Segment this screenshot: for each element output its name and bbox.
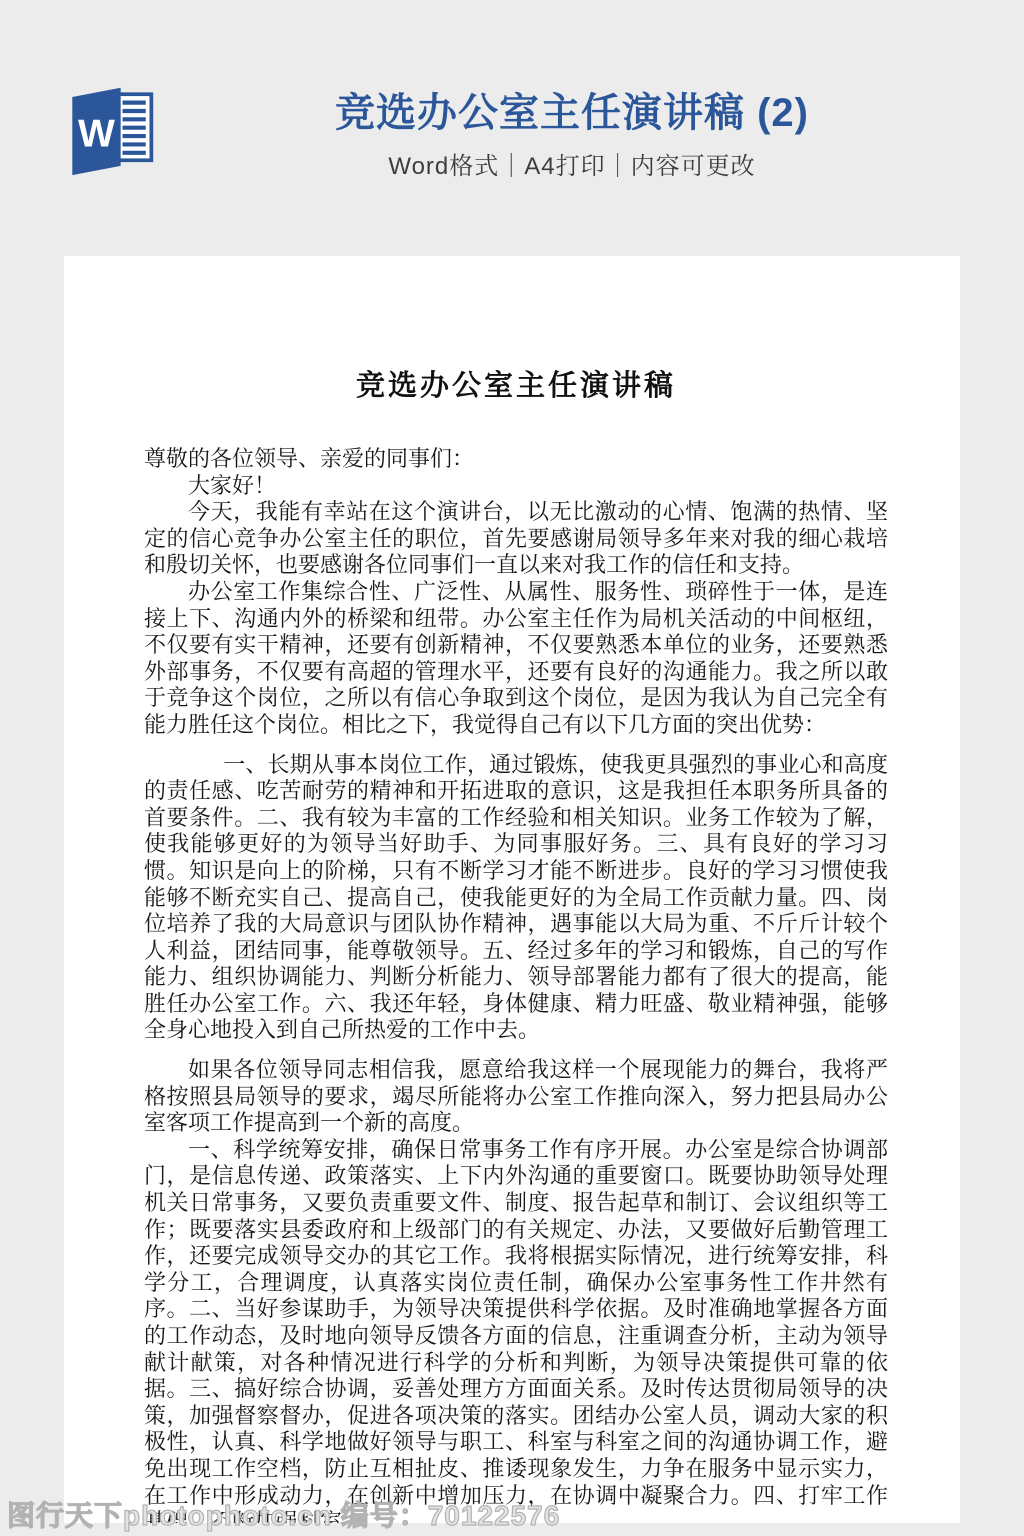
document-paragraph: 大家好！ [144, 473, 888, 500]
template-preview-page: { "header": { "title": "竞选办公室主任演讲稿 (2)",… [0, 0, 1024, 1536]
document-paragraph: 办公室工作集综合性、广泛性、从属性、服务性、琐碎性于一体，是连接上下、沟通内外的… [144, 579, 888, 739]
document-paragraph: 一、长期从事本岗位工作，通过锻炼，使我更具强烈的事业心和高度的责任感、吃苦耐劳的… [144, 752, 888, 1045]
header: W 竞选办公室主任演讲稿 (2) Word格式｜A4打印｜内容可更改 [0, 0, 1024, 256]
document-page: 竞选办公室主任演讲稿 尊敬的各位领导、亲爱的同事们：大家好！今天，我能有幸站在这… [64, 256, 960, 1523]
header-text: 竞选办公室主任演讲稿 (2) Word格式｜A4打印｜内容可更改 [0, 0, 1024, 179]
document-paragraph: 如果各位领导同志相信我，愿意给我这样一个展现能力的舞台，我将严格按照县局领导的要… [144, 1057, 888, 1137]
document-paragraph: 一、科学统筹安排，确保日常事务工作有序开展。办公室是综合协调部门，是信息传递、政… [144, 1137, 888, 1523]
watermark-text: 图行天下photophoto.cn 编号：70122576 [7, 1494, 560, 1534]
page-subtitle: Word格式｜A4打印｜内容可更改 [120, 155, 1024, 179]
document-title: 竞选办公室主任演讲稿 [144, 368, 888, 404]
page-title: 竞选办公室主任演讲稿 (2) [120, 93, 1024, 133]
document-paragraph: 今天，我能有幸站在这个演讲台，以无比激动的心情、饱满的热情、坚定的信心竞争办公室… [144, 499, 888, 579]
document-body: 尊敬的各位领导、亲爱的同事们：大家好！今天，我能有幸站在这个演讲台，以无比激动的… [144, 446, 888, 1523]
document-paragraph: 尊敬的各位领导、亲爱的同事们： [144, 446, 888, 473]
